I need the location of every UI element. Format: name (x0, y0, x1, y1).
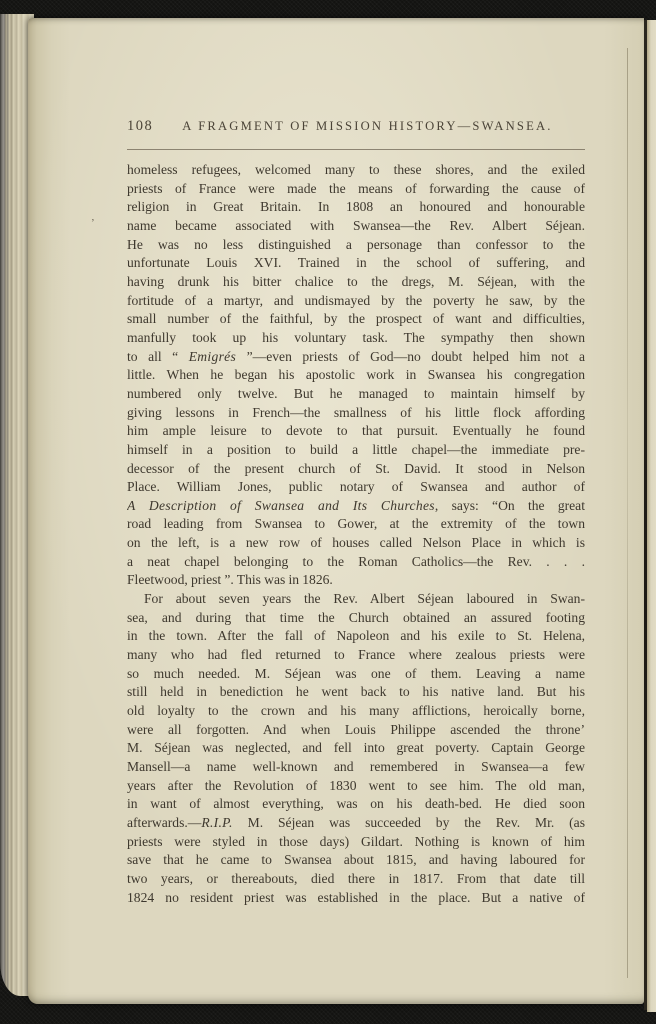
text-line: priests of France were made the means of… (127, 180, 585, 199)
text-line: sea, and during that time the Church obt… (127, 609, 585, 628)
text-line: unfortunate Louis XVI. Trained in the sc… (127, 254, 585, 273)
body-text: homeless refugees, welcomed many to thes… (127, 161, 585, 907)
text-line: priests were styled in those days) Gilda… (127, 833, 585, 852)
text-line: himself in a position to build a little … (127, 441, 585, 460)
text-line: numbered only twelve. But he managed to … (127, 385, 585, 404)
text-line: Fleetwood, priest ”. This was in 1826. (127, 571, 585, 590)
text-line: road leading from Swansea to Gower, at t… (127, 515, 585, 534)
text-line: so much needed. M. Séjean was one of the… (127, 665, 585, 684)
text-line: were all forgotten. And when Louis Phili… (127, 721, 585, 740)
text-line: little. When he began his apostolic work… (127, 366, 585, 385)
text-line: afterwards.—R.I.P. M. Séjean was succeed… (127, 814, 585, 833)
text-line: on the left, is a new row of houses call… (127, 534, 585, 553)
text-line: to all “ Emigrés ”—even priests of God—n… (127, 348, 585, 367)
text-line: fortitude of a martyr, and undismayed by… (127, 292, 585, 311)
text-line: homeless refugees, welcomed many to thes… (127, 161, 585, 180)
text-line: having drunk his bitter chalice to the d… (127, 273, 585, 292)
text-line: in want of almost everything, was on his… (127, 795, 585, 814)
text-line: giving lessons in French—the smallness o… (127, 404, 585, 423)
text-line: Mansell—a name well-known and remembered… (127, 758, 585, 777)
text-line: 1824 no resident priest was established … (127, 889, 585, 908)
text-line: two years, or thereabouts, died there in… (127, 870, 585, 889)
facing-page-sliver (647, 20, 656, 1012)
book-scan: { "header": { "page_number": "108", "run… (0, 0, 656, 1024)
text-line: small number of the faithful, by the pro… (127, 310, 585, 329)
text-line: years after the Revolution of 1830 went … (127, 777, 585, 796)
header-rule (127, 149, 585, 150)
text-line: A Description of Swansea and Its Churche… (127, 497, 585, 516)
text-line: save that he came to Swansea about 1815,… (127, 851, 585, 870)
print-artifact: ’ (91, 217, 95, 229)
page-header: 108 A FRAGMENT OF MISSION HISTORY—SWANSE… (127, 118, 584, 135)
book-page: 108 A FRAGMENT OF MISSION HISTORY—SWANSE… (28, 18, 644, 1004)
text-line: still held in benediction he went back t… (127, 683, 585, 702)
page-number: 108 (127, 118, 153, 135)
text-line: religion in Great Britain. In 1808 an ho… (127, 198, 585, 217)
text-line: M. Séjean was neglected, and fell into g… (127, 739, 585, 758)
text-line: a neat chapel belonging to the Roman Cat… (127, 553, 585, 572)
page-crease (627, 48, 628, 978)
text-line: him ample leisure to devote to that purs… (127, 422, 585, 441)
text-line: He was no less distinguished a personage… (127, 236, 585, 255)
text-line: in the town. After the fall of Napoleon … (127, 627, 585, 646)
text-line: decessor of the present church of St. Da… (127, 460, 585, 479)
text-line: Place. William Jones, public notary of S… (127, 478, 585, 497)
running-title: A FRAGMENT OF MISSION HISTORY—SWANSEA. (182, 119, 552, 134)
text-line: many who had fled returned to France whe… (127, 646, 585, 665)
text-line: For about seven years the Rev. Albert Sé… (127, 590, 585, 609)
text-line: name became associated with Swansea—the … (127, 217, 585, 236)
text-line: old loyalty to the crown and his many af… (127, 702, 585, 721)
text-line: manfully took up his voluntary task. The… (127, 329, 585, 348)
